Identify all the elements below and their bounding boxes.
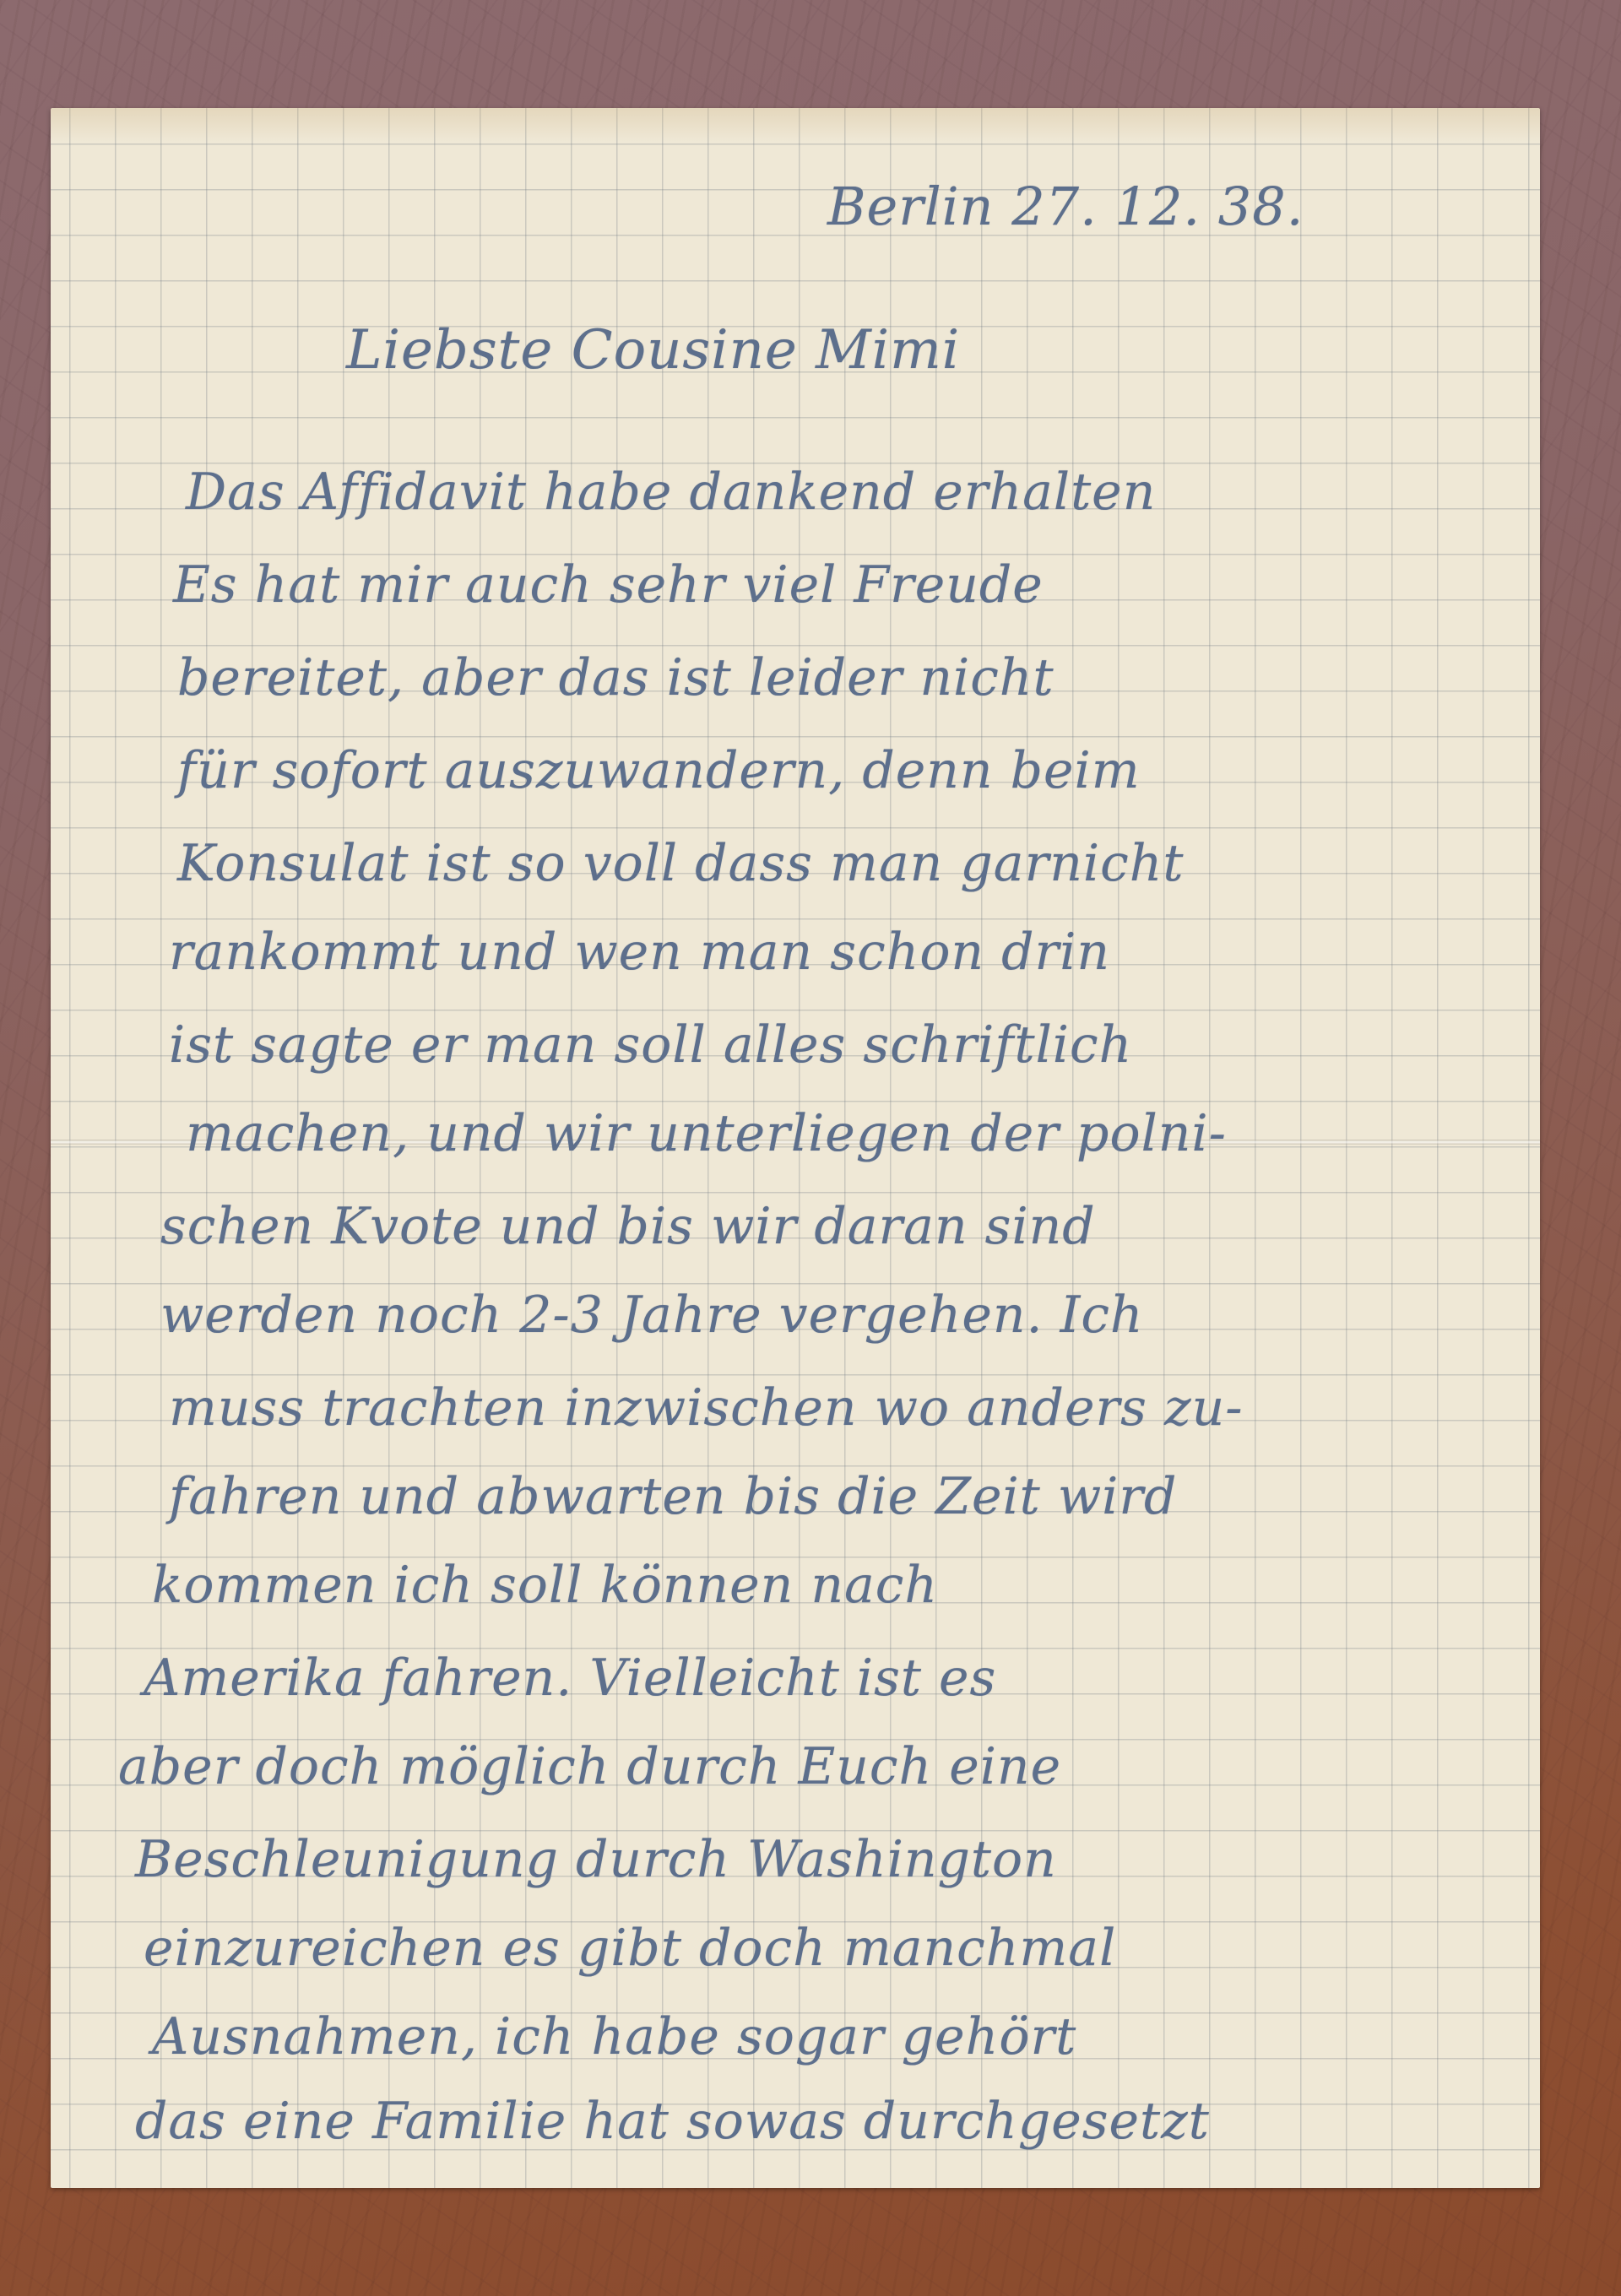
body-line-10: werden noch 2-3 Jahre vergehen. Ich (160, 1286, 1144, 1345)
body-line-18: Ausnahmen, ich habe sogar gehört (152, 2007, 1076, 2066)
body-line-2: Es hat mir auch sehr viel Freude (173, 555, 1044, 615)
body-line-16: Beschleunigung durch Washington (135, 1830, 1057, 1889)
body-line-4: für sofort auszuwandern, denn beim (177, 741, 1141, 800)
body-line-12: fahren und abwarten bis die Zeit wird (169, 1467, 1177, 1526)
body-line-13: kommen ich soll können nach (152, 1556, 938, 1615)
body-line-19: das eine Familie hat sowas durchgesetzt (135, 2092, 1210, 2151)
body-line-1: Das Affidavit habe dankend erhalten (186, 463, 1156, 522)
body-line-14: Amerika fahren. Vielleicht ist es (144, 1649, 996, 1708)
body-line-6: rankommt und wen man schon drin (169, 923, 1110, 982)
body-line-9: schen Kvote und bis wir daran sind (160, 1197, 1096, 1256)
body-line-17: einzureichen es gibt doch manchmal (144, 1919, 1116, 1978)
salutation: Liebste Cousine Mimi (346, 319, 960, 382)
body-line-3: bereitet, aber das ist leider nicht (177, 648, 1054, 707)
date-line: Berlin 27. 12. 38. (827, 176, 1304, 237)
letter-paper: Berlin 27. 12. 38. Liebste Cousine Mimi … (51, 108, 1540, 2188)
body-line-5: Konsulat ist so voll dass man garnicht (177, 834, 1184, 893)
body-line-15: aber doch möglich durch Euch eine (118, 1737, 1061, 1796)
body-line-7: ist sagte er man soll alles schriftlich (169, 1015, 1132, 1075)
body-line-8: machen, und wir unterliegen der polni- (186, 1104, 1227, 1163)
body-line-11: muss trachten inzwischen wo anders zu- (169, 1378, 1244, 1438)
